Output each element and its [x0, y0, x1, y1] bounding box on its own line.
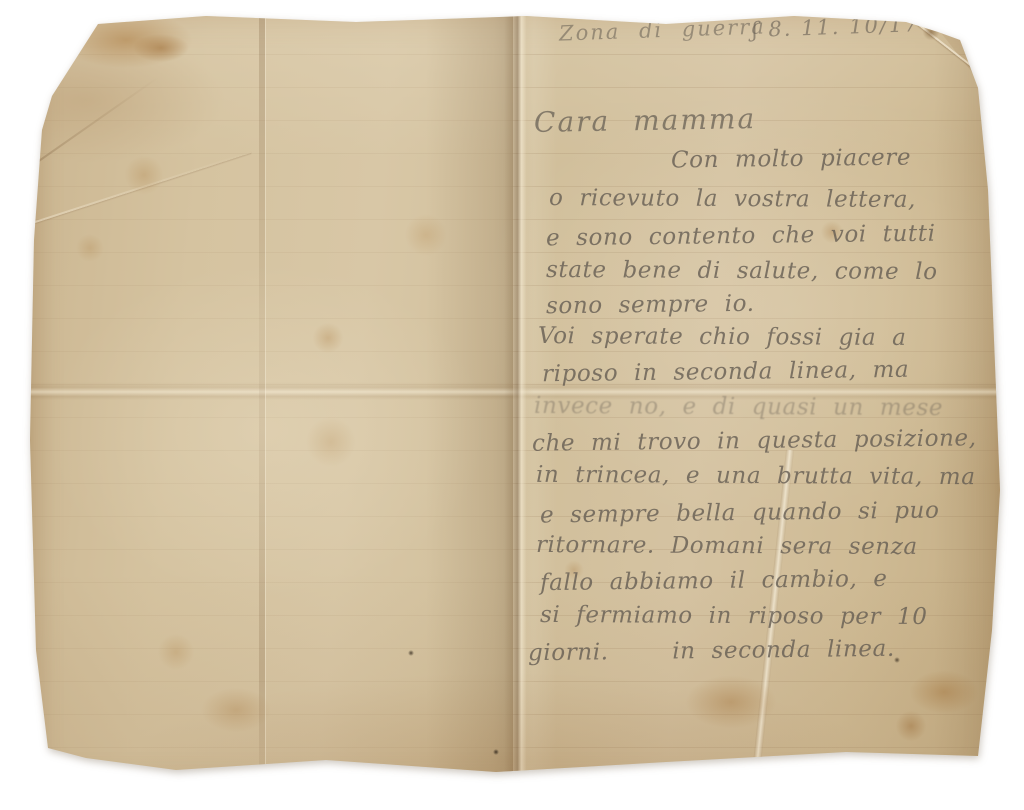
- letter-page-left: [26, 10, 513, 790]
- letter-salutation: Cara mamma: [534, 102, 757, 139]
- scanner-background: Zona di guerra ʃ 8. 11. 10/17 Cara mamma…: [0, 0, 1024, 810]
- letter-sheet: Zona di guerra ʃ 8. 11. 10/17 Cara mamma…: [26, 10, 1002, 790]
- left-page-vertical-crease: [259, 10, 265, 790]
- center-fold-crease: [504, 10, 534, 790]
- ruled-lines-left: [26, 22, 513, 786]
- letter-paper: Zona di guerra ʃ 8. 11. 10/17 Cara mamma…: [26, 10, 1002, 790]
